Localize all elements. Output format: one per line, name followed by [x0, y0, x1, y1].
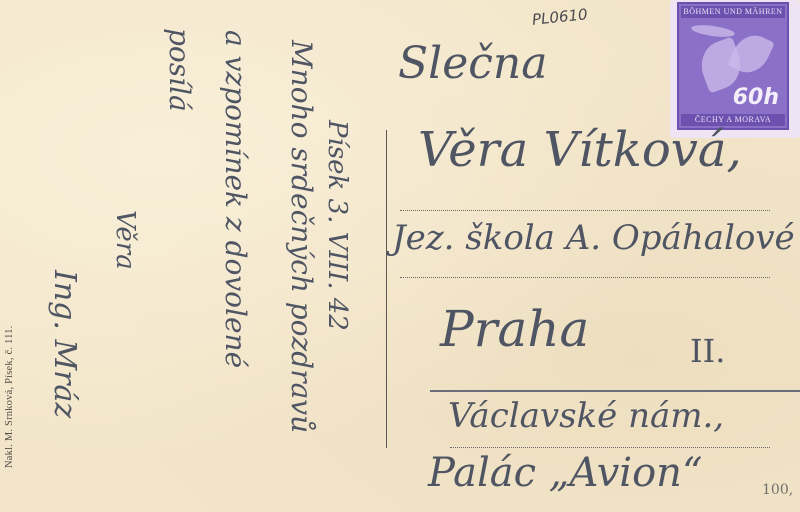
address-underline — [430, 390, 800, 392]
linden-bract-icon — [691, 23, 736, 39]
stamp-value: 60h — [733, 85, 779, 110]
message-line-3: posílá — [163, 28, 196, 112]
pencil-note: 100, — [762, 482, 793, 498]
publisher-imprint: Nakl. M. Srnková, Písek, č. 111. — [4, 326, 15, 468]
address-district: II. — [690, 332, 725, 370]
address-institution: Jez. škola A. Opáhalové — [392, 218, 795, 258]
message-signature-1: Věra — [110, 210, 140, 270]
address-salutation: Slečna — [398, 38, 547, 89]
stamp-face: BÖHMEN UND MÄHREN 60h ČECHY A MORAVA — [677, 2, 789, 130]
center-divider — [386, 130, 387, 448]
address-line-2 — [400, 277, 770, 278]
postage-stamp: BÖHMEN UND MÄHREN 60h ČECHY A MORAVA — [670, 0, 800, 138]
message-line-1: Mnoho srdečných pozdravů — [285, 40, 318, 433]
address-street: Václavské nám., — [448, 396, 724, 436]
message-line-2: a vzpomínek z dovolené — [219, 30, 252, 368]
address-line-1 — [400, 210, 770, 211]
postcard-back: PL0610 BÖHMEN UND MÄHREN 60h ČECHY A MOR… — [0, 0, 800, 512]
address-name: Věra Vítková, — [418, 122, 742, 178]
address-building: Palác „Avion“ — [428, 450, 702, 496]
message-date: Písek 3. VIII. 42 — [322, 120, 352, 331]
address-line-3 — [450, 447, 770, 448]
archive-mark: PL0610 — [531, 5, 588, 29]
address-city: Praha — [440, 300, 589, 358]
stamp-country-top: BÖHMEN UND MÄHREN — [681, 6, 785, 18]
message-signature-2: Ing. Mráz — [47, 270, 82, 418]
